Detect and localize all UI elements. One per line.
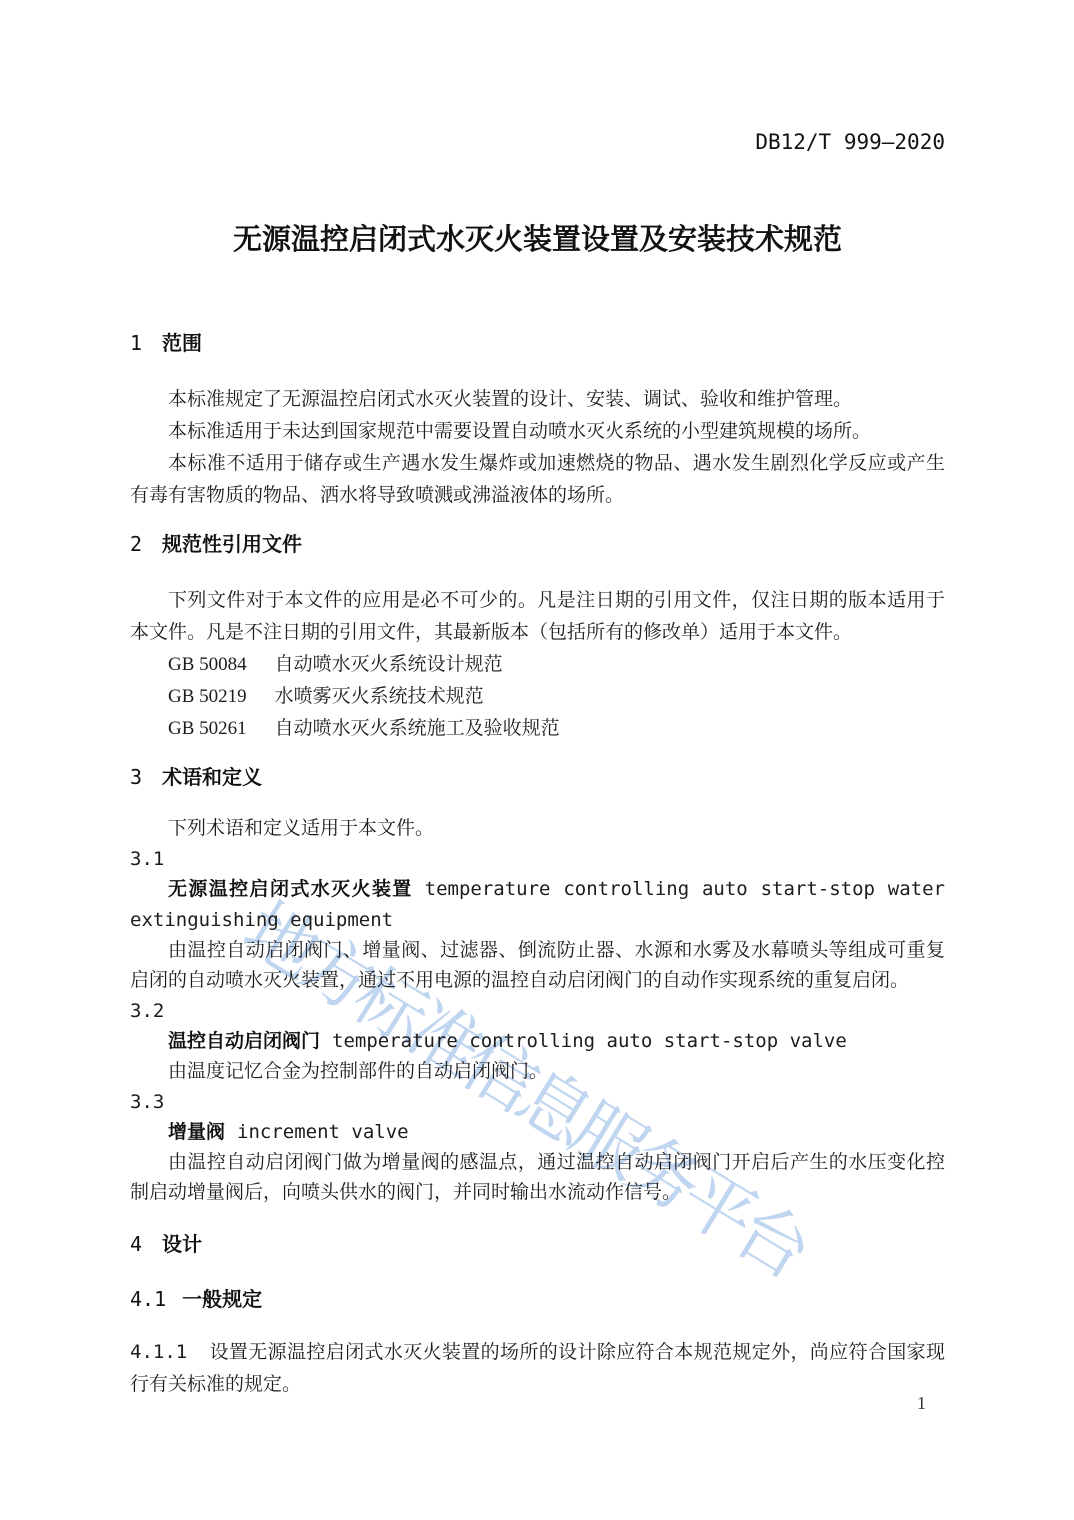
page-number: 1 (917, 1393, 926, 1414)
page-content: DB12/T 999—2020 无源温控启闭式水灭火装置设置及安装技术规范 1范… (0, 0, 1074, 1401)
term-number: 3.1 (130, 844, 945, 874)
section-scope: 1范围 本标准规定了无源温控启闭式水灭火装置的设计、安装、调试、验收和维护管理。… (130, 329, 945, 512)
term-number: 3.3 (130, 1087, 945, 1117)
refs-intro: 下列文件对于本文件的应用是必不可少的。凡是注日期的引用文件，仅注日期的版本适用于… (130, 585, 945, 649)
section-refs-number: 2 (130, 532, 142, 556)
section-design-title: 设计 (162, 1234, 202, 1256)
term-name-zh: 温控自动启闭阀门 (168, 1031, 320, 1052)
section-refs-heading: 2规范性引用文件 (130, 530, 945, 559)
term-name-en: temperature controlling auto start-stop … (332, 1030, 847, 1052)
term-name-zh: 无源温控启闭式水灭火装置 (168, 879, 413, 900)
reference-code: GB 50084 (168, 654, 247, 675)
subsection-heading: 4.1一般规定 (130, 1285, 945, 1314)
reference-item: GB 50084自动喷水灭火系统设计规范 (130, 649, 945, 681)
document-title: 无源温控启闭式水灭火装置设置及安装技术规范 (130, 220, 945, 261)
term-name-zh: 增量阀 (168, 1122, 225, 1143)
term-definition: 由温度记忆合金为控制部件的自动启闭阀门。 (130, 1057, 945, 1087)
section-scope-number: 1 (130, 331, 142, 355)
reference-title: 水喷雾灭火系统技术规范 (275, 686, 484, 707)
reference-item: GB 50219水喷雾灭火系统技术规范 (130, 681, 945, 713)
section-terms-heading: 3术语和定义 (130, 763, 945, 792)
section-scope-heading: 1范围 (130, 329, 945, 358)
reference-item: GB 50261自动喷水灭火系统施工及验收规范 (130, 713, 945, 745)
terms-intro: 下列术语和定义适用于本文件。 (130, 814, 945, 844)
reference-title: 自动喷水灭火系统设计规范 (275, 654, 503, 675)
subsection-number: 4.1 (130, 1287, 166, 1311)
section-terms-title: 术语和定义 (162, 767, 262, 789)
clause: 4.1.1设置无源温控启闭式水灭火装置的场所的设计除应符合本规范规定外，尚应符合… (130, 1336, 945, 1401)
term-definition: 由温控自动启闭阀门、增量阀、过滤器、倒流防止器、水源和水雾及水幕喷头等组成可重复… (130, 936, 945, 996)
section-terms-number: 3 (130, 765, 142, 789)
term-heading: 温控自动启闭阀门temperature controlling auto sta… (130, 1026, 945, 1057)
doc-number: DB12/T 999—2020 (130, 130, 945, 154)
reference-code: GB 50261 (168, 718, 247, 739)
term-definition: 由温控自动启闭阀门做为增量阀的感温点，通过温控自动启闭阀门开启后产生的水压变化控… (130, 1148, 945, 1208)
term-name-en: increment valve (237, 1121, 409, 1143)
subsection-title: 一般规定 (182, 1289, 262, 1311)
section-scope-title: 范围 (162, 333, 202, 355)
document-page: 地方标准信息服务平台 DB12/T 999—2020 无源温控启闭式水灭火装置设… (0, 0, 1074, 1520)
clause-number: 4.1.1 (130, 1341, 187, 1363)
section-design-heading: 4设计 (130, 1230, 945, 1259)
section-design-number: 4 (130, 1232, 142, 1256)
section-terms: 3术语和定义 下列术语和定义适用于本文件。 3.1 无源温控启闭式水灭火装置te… (130, 763, 945, 1208)
reference-title: 自动喷水灭火系统施工及验收规范 (275, 718, 560, 739)
scope-paragraph: 本标准适用于未达到国家规范中需要设置自动喷水灭火系统的小型建筑规模的场所。 (130, 416, 945, 448)
term-heading: 增量阀increment valve (130, 1117, 945, 1148)
term-number: 3.2 (130, 996, 945, 1026)
section-design: 4设计 4.1一般规定 4.1.1设置无源温控启闭式水灭火装置的场所的设计除应符… (130, 1230, 945, 1401)
section-normative-references: 2规范性引用文件 下列文件对于本文件的应用是必不可少的。凡是注日期的引用文件，仅… (130, 530, 945, 745)
term-heading: 无源温控启闭式水灭火装置temperature controlling auto… (130, 874, 945, 936)
scope-paragraph: 本标准不适用于储存或生产遇水发生爆炸或加速燃烧的物品、遇水发生剧烈化学反应或产生… (130, 448, 945, 512)
scope-paragraph: 本标准规定了无源温控启闭式水灭火装置的设计、安装、调试、验收和维护管理。 (130, 384, 945, 416)
reference-code: GB 50219 (168, 686, 247, 707)
terms-body: 下列术语和定义适用于本文件。 3.1 无源温控启闭式水灭火装置temperatu… (130, 814, 945, 1208)
clause-text: 设置无源温控启闭式水灭火装置的场所的设计除应符合本规范规定外，尚应符合国家现行有… (130, 1342, 945, 1395)
section-refs-title: 规范性引用文件 (162, 534, 302, 556)
